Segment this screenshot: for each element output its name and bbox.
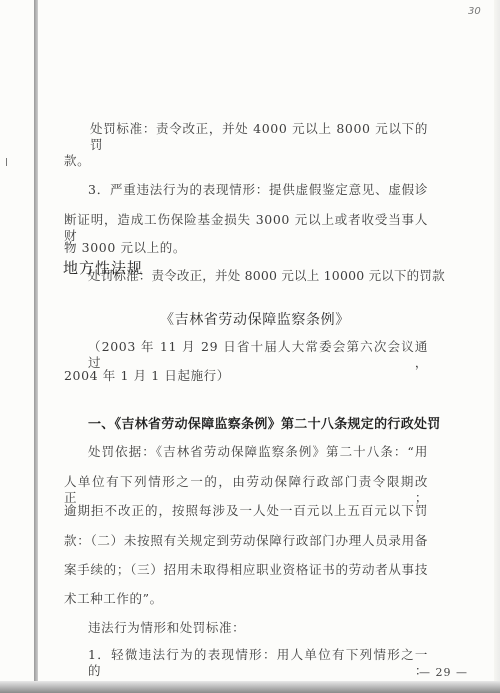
- item-1-line: 1．轻微违法行为的表现情形：用人单位有下列情形之一的：: [88, 647, 428, 679]
- scan-right-edge: [494, 0, 500, 693]
- printed-page-number: — 29 —: [419, 666, 468, 679]
- handwritten-page-number: 30: [468, 6, 481, 17]
- basis-line: 逾期拒不改正的，按照每涉及一人处一百元以上五百元以下罚: [64, 503, 428, 519]
- item-3-line: 3．严重违法行为的表现情形：提供虚假鉴定意见、虚假诊: [88, 182, 428, 198]
- item-3-line: 物 3000 元以上的。: [64, 240, 186, 256]
- penalty-standard-line: 款。: [64, 153, 90, 169]
- basis-line: 案手续的；（三）招用未取得相应职业资格证书的劳动者从事技: [64, 562, 428, 578]
- adoption-note-line: （2003 年 11 月 29 日省十届人大常委会第六次会议通过，: [88, 339, 428, 371]
- basis-line: 人单位有下列情形之一的，由劳动保障行政部门责令限期改正；: [64, 474, 428, 506]
- basis-line: 款：（二）未按照有关规定到劳动保障行政部门办理人员录用备: [64, 533, 428, 549]
- scan-bottom-shadow: [0, 681, 500, 693]
- scan-binding-edge: [34, 0, 38, 693]
- section-heading-local-regulations: 地方性法规: [63, 257, 143, 278]
- basis-line: 处罚依据：《吉林省劳动保障监察条例》第二十八条：“用: [88, 444, 428, 460]
- regulation-title: 《吉林省劳动保障监察条例》: [160, 309, 350, 329]
- scan-mark: [6, 158, 7, 166]
- basis-line: 术工种工作的”。: [64, 591, 163, 607]
- penalty-standard-line: 处罚标准：责令改正，并处 4000 元以上 8000 元以下的罚: [90, 121, 428, 153]
- article-28-heading: 一、《吉林省劳动保障监察条例》第二十八条规定的行政处罚: [88, 413, 441, 432]
- violation-intro: 违法行为情形和处罚标准：: [88, 620, 245, 636]
- adoption-note-line: 2004 年 1 月 1 日起施行）: [64, 368, 230, 384]
